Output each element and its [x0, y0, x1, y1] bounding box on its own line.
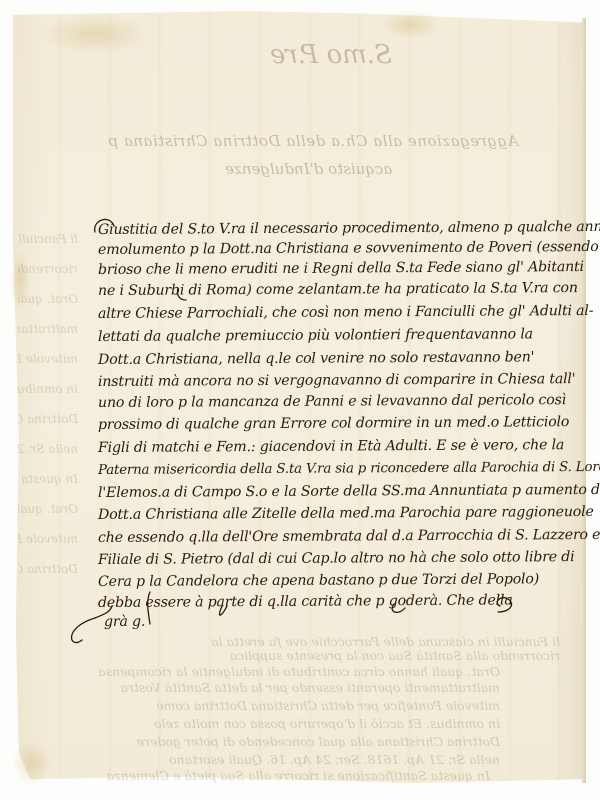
manuscript-line: altre Chiese Parrochiali, che così non m…	[98, 303, 578, 322]
manuscript-line: prossimo di qualche gran Errore col dorm…	[98, 414, 578, 433]
manuscript-line: uno di loro p la mancanza de Panni e si …	[98, 392, 578, 411]
manuscript-line: ne i Suburbi di Roma) come zelantam.te h…	[98, 280, 578, 299]
manuscript-line: Figli di matchi e Fem.: giacendovi in Et…	[98, 437, 578, 456]
manuscript-line: brioso che li meno eruditi ne i Regni de…	[98, 259, 578, 278]
manuscript-line: l'Elemos.a di Campo S.o e la Sorte della…	[98, 482, 578, 501]
manuscript-line: Cera p la Candelora che apena bastano p …	[98, 571, 578, 590]
manuscript-line: debba essere à parte di q.lla carità che…	[98, 592, 578, 611]
manuscript-body: Giustitia del S.to V.ra il necessario pr…	[0, 0, 600, 800]
manuscript-line: lettati da qualche premiuccio più volont…	[98, 326, 578, 345]
manuscript-line: emolumento p la Dott.na Christiana e sov…	[98, 239, 578, 258]
manuscript-line: grà g.	[104, 611, 584, 630]
manuscript-line: Filiale di S. Pietro (dal di cui Cap.lo …	[98, 549, 578, 568]
manuscript-line: Dott.a Christiana, nella q.le col venire…	[98, 349, 578, 368]
manuscript-line: instruiti mà ancora no si vergognavanno …	[98, 371, 578, 390]
manuscript-line: Paterna misericordia della S.ta V.ra sia…	[98, 460, 578, 478]
manuscript-line: Dott.a Christiana alle Zitelle della med…	[98, 504, 578, 523]
manuscript-line: Giustitia del S.to V.ra il necessario pr…	[98, 219, 578, 238]
manuscript-line: che essendo q.lla dell'Ore smembrata dal…	[98, 527, 578, 546]
